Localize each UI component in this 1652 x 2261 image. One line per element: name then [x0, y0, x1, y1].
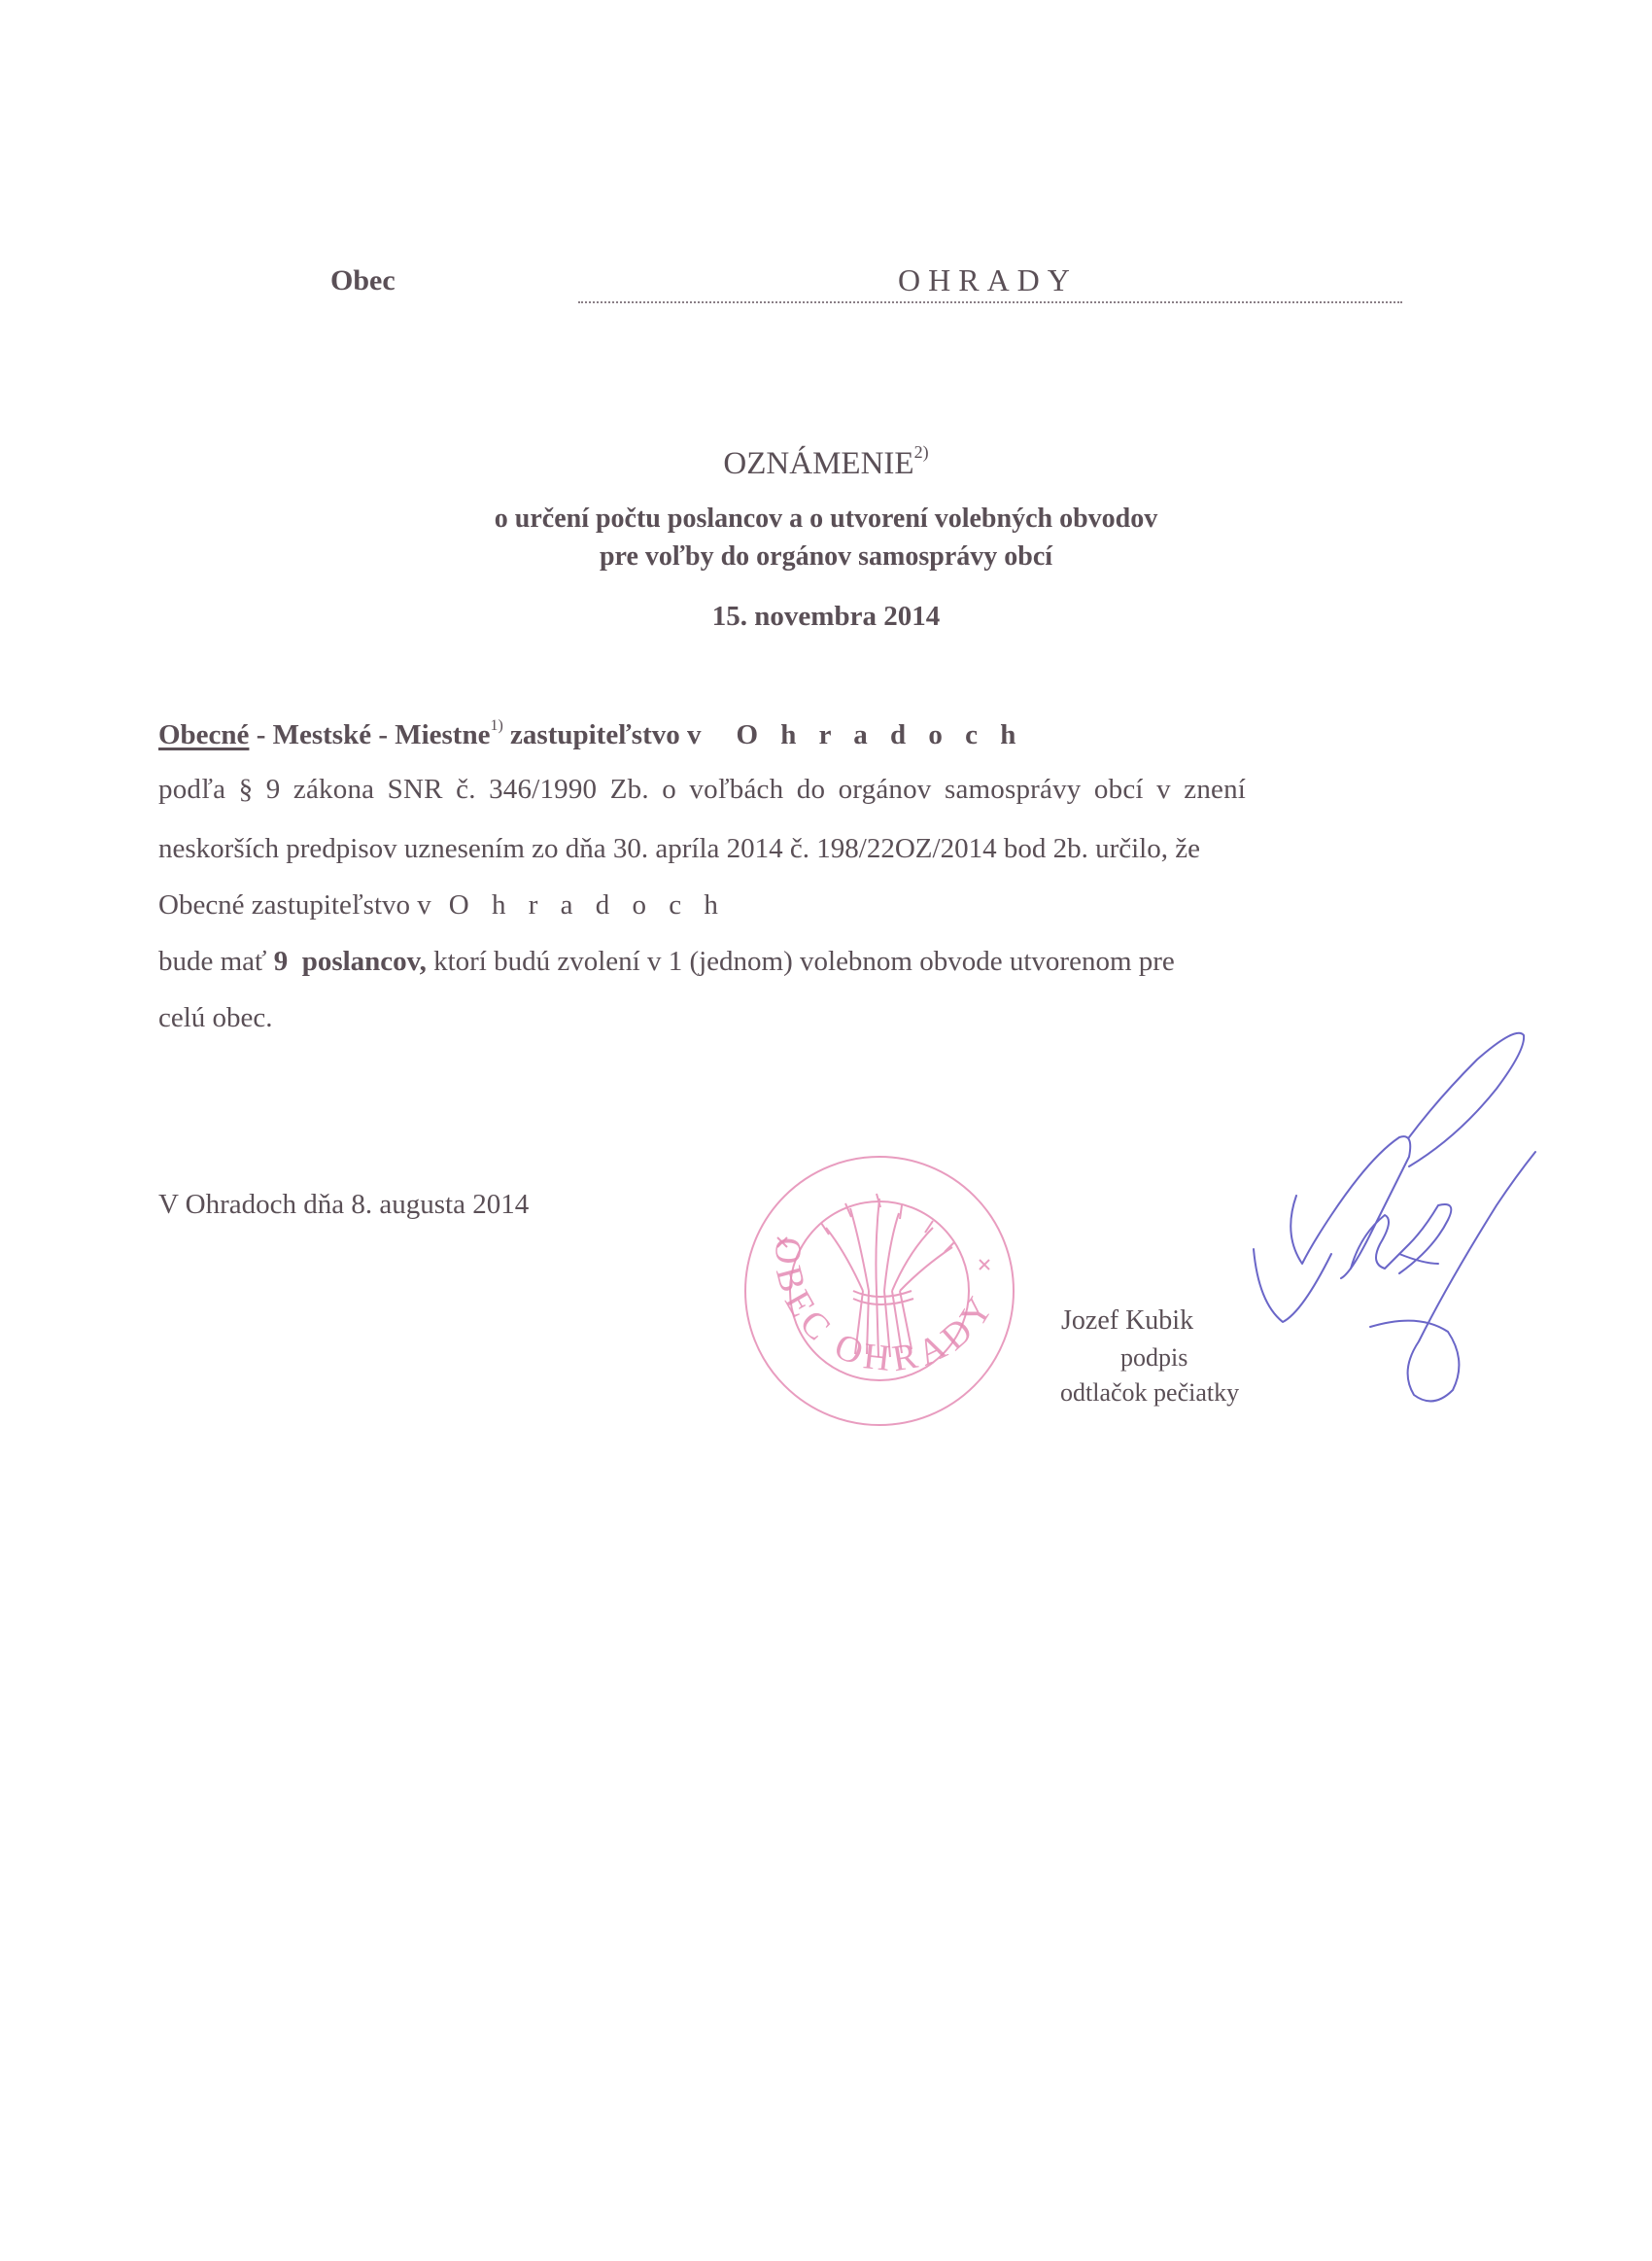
municipality-name: OHRADY [898, 262, 1078, 298]
council-type-selected: Obecné [158, 719, 249, 750]
subtitle-line-2: pre voľby do orgánov samosprávy obcí [0, 541, 1652, 573]
body-line-4: Obecné zastupiteľstvo vO h r a d o c h [158, 889, 726, 922]
stamp-label: odtlačok pečiatky [1060, 1378, 1239, 1408]
subtitle-line-1: o určení počtu poslancov a o utvorení vo… [0, 504, 1652, 535]
council-type-line: Obecné - Mestské - Miestne1) zastupiteľs… [158, 717, 1023, 751]
deputies-word: poslancov, [302, 946, 427, 977]
place-and-date: V Ohradoch dňa 8. augusta 2014 [158, 1189, 529, 1221]
election-date: 15. novembra 2014 [0, 601, 1652, 633]
handwritten-signature-icon [1215, 1011, 1555, 1439]
official-stamp-icon: OBEC OHRADY [739, 1145, 1030, 1437]
document-title: OZNÁMENIE2) [0, 442, 1652, 482]
line5-pre: bude mať [158, 946, 274, 977]
document-page: Obec OHRADY OZNÁMENIE2) o určení počtu p… [0, 0, 1652, 2261]
body-line-3: neskorších predpisov uznesením zo dňa 30… [158, 833, 1200, 865]
council-type-options: - Mestské - Miestne [249, 719, 490, 750]
town-name-2: O h r a d o c h [449, 889, 726, 921]
signer-name: Jozef Kubik [1061, 1305, 1193, 1337]
council-footnote: 1) [490, 717, 502, 734]
dotted-line [578, 301, 1402, 303]
body-line-6: celú obec. [158, 1002, 273, 1034]
line5-post: ktorí budú zvolení v 1 (jednom) volebnom… [427, 946, 1175, 977]
municipality-label: Obec [330, 264, 396, 297]
deputy-count: 9 [274, 946, 289, 977]
title-footnote: 2) [914, 442, 929, 462]
council-tail: zastupiteľstvo v [503, 719, 702, 750]
signature-label: podpis [1120, 1343, 1187, 1373]
council-text: Obecné zastupiteľstvo v [158, 889, 431, 921]
title-text: OZNÁMENIE [723, 446, 913, 481]
body-line-5: bude mať 9 poslancov, ktorí budú zvolení… [158, 946, 1175, 978]
body-line-2: podľa § 9 zákona SNR č. 346/1990 Zb. o v… [158, 774, 1246, 806]
town-name: O h r a d o c h [737, 719, 1024, 750]
